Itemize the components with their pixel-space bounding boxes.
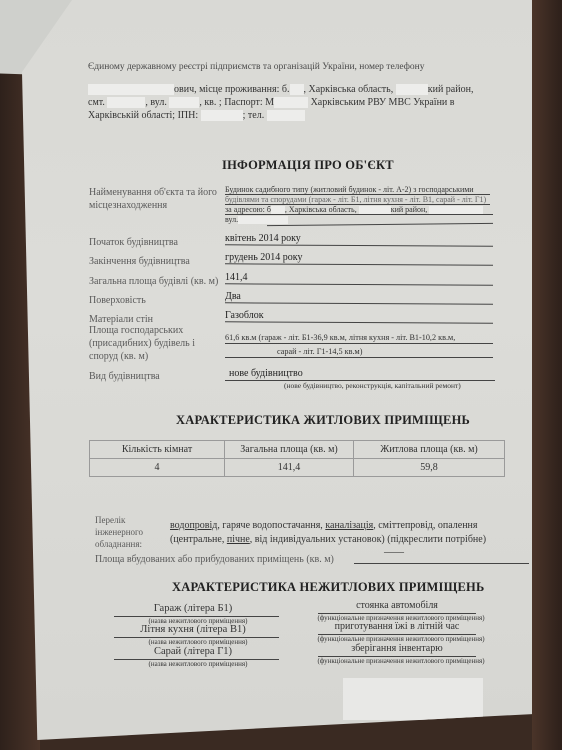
document-page: Єдиному державному реєстрі підприємств т… [22,0,532,740]
redacted-house [290,84,304,95]
construction-type-label: Вид будівництва [89,370,160,383]
builtin-area-value: —— [384,547,404,558]
redacted-district [396,84,428,95]
nonres-purpose: стоянка автомобіля [312,600,482,611]
field-value: 141,4 [225,272,248,283]
nonres-purpose: приготування їжі в літній час [312,621,482,632]
residential-title: ХАРАКТЕРИСТИКА ЖИТЛОВИХ ПРИМІЩЕНЬ [176,413,470,428]
applicant-line-2: смт. , вул. , кв. ; Паспорт: М Харківськ… [88,97,455,108]
living-area: 59,8 [354,459,505,477]
nonres-purpose-hint: (функціональне призначення нежитлового п… [306,635,496,643]
nonres-name-hint: (назва нежитлового приміщення) [118,660,278,668]
redacted-phone [267,110,305,121]
redacted-name [88,84,174,95]
table-surface-right [532,0,562,750]
field-value: Газоблок [225,310,264,321]
field-label: Загальна площа будівлі (кв. м) [89,275,218,288]
nonres-name-hint: (назва нежитлового приміщення) [118,638,278,646]
applicant-line-3: Харківській області; ІПН: ; тел. [88,110,305,121]
engineering-line-1: водопровід, гаряче водопостачання, канал… [170,520,478,531]
field-label: Початок будівництва [89,236,178,249]
outbuildings-label: Площа господарських (присадибних) будіве… [89,324,195,363]
residential-table: Кількість кімнат Загальна площа (кв. м) … [89,440,505,477]
redacted-street [169,97,199,108]
nonres-name: Сарай (літера Г1) [118,646,268,657]
field-value: квітень 2014 року [225,233,301,244]
object-name-value: Будинок садибного типу (житловий будинок… [225,185,486,225]
outbuildings-value-1: 61,6 кв.м (гараж - літ. Б1-36,9 кв.м, лі… [225,333,455,342]
object-info-title: ІНФОРМАЦІЯ ПРО ОБ'ЄКТ [222,158,394,173]
construction-type-hint: (нове будівництво, реконструкція, капіта… [284,381,461,390]
table-header-row: Кількість кімнат Загальна площа (кв. м) … [90,441,505,459]
nonres-name: Літня кухня (літера В1) [118,624,268,635]
field-label: Закінчення будівництва [89,255,190,268]
construction-type-value: нове будівництво [229,368,303,379]
object-name-label: Найменування об'єкта та його місцезнаход… [89,186,217,212]
nonres-name: Гараж (літера Б1) [118,603,268,614]
engineering-line-2: (центральне, пічне, від індивідуальних у… [170,534,486,545]
builtin-area-label: Площа вбудованих або прибудованих приміщ… [95,553,334,566]
table-row: 4 141,4 59,8 [90,459,505,477]
applicant-line-1: ович, місце проживання: б., Харківська о… [88,84,473,95]
engineering-label: Перелік інженерного обладнання: [95,514,143,550]
redacted-signature-block [343,678,483,720]
outbuildings-value-2: сарай - літ. Г1-14,5 кв.м) [277,347,362,356]
field-label: Поверховість [89,294,146,307]
nonres-purpose-hint: (функціональне призначення нежитлового п… [306,657,496,665]
redacted-passport [274,97,308,108]
total-area: 141,4 [225,459,354,477]
nonres-purpose: зберігання інвентарю [312,643,482,654]
field-value: Два [225,291,241,302]
nonresidential-title: ХАРАКТЕРИСТИКА НЕЖИТЛОВИХ ПРИМІЩЕНЬ [172,580,484,595]
registry-line: Єдиному державному реєстрі підприємств т… [88,62,425,72]
redacted-tax-id [201,110,243,121]
rooms-count: 4 [90,459,225,477]
field-value: грудень 2014 року [225,252,303,263]
redacted-town [107,97,145,108]
